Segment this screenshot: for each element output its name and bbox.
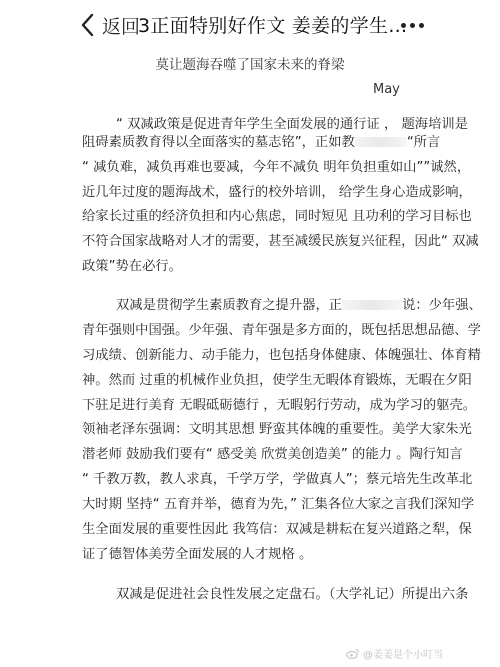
weibo-icon <box>346 648 360 659</box>
redacted-region <box>355 137 407 147</box>
document-title: 莫让题海吞噬了国家未来的脊梁 <box>0 53 500 73</box>
text-line: 下驻足进行美育 无暇砥砺德行 ，无暇躬行劳动，成为学习的躯壳。 <box>82 397 418 415</box>
text-line: 领袖老泽东强调：文明其思想 野蛮其体魄的重要性。美学大家朱光 <box>82 421 418 439</box>
text-line: 青年强则中国强。少年强、青年强是多方面的，既包括思想品德、学 <box>82 322 418 340</box>
more-horizontal-icon <box>401 23 406 28</box>
text-line: 给家长过重的经济负担和内心焦虑，同时短见 且功利的学习目标也 <box>82 208 418 226</box>
text-line: 近几年过度的题海战术，盛行的校外培训， 给学生身心造成影响， <box>82 184 418 202</box>
navbar: 返回 3正面特别好作文 姜姜的学生... <box>0 0 500 50</box>
text-line: 证了德智体美劳全面发展的人才规格 。 <box>82 546 418 564</box>
back-button[interactable]: 返回 <box>80 10 140 40</box>
text-line: 阻碍素质教育得以全面落实的墓志铭”，正如教“所言 <box>82 134 418 152</box>
text-fragment: 双减是贯彻学生素质教育之提升器，正 <box>116 298 342 313</box>
text-line: “ 千教万教，教人求真，千学万学，学做真人”；蔡元培先生改革北 <box>82 471 418 489</box>
text-line: 潜老师 鼓励我们要有“ 感受美 欣赏美创造美” 的能力 。陶行知言 <box>82 446 418 464</box>
more-button[interactable] <box>390 16 434 34</box>
text-line: 不符合国家战略对人才的需要，甚至减缓民族复兴征程，因此“ 双减 <box>82 233 418 251</box>
text-fragment: “所言 <box>407 135 440 150</box>
text-line: 神。然而 过重的机械作业负担，使学生无暇体育锻炼，无暇在夕阳 <box>82 372 418 390</box>
text-fragment: 阻碍素质教育得以全面落实的墓志铭”，正如教 <box>82 135 355 150</box>
text-line: 生全面发展的重要性因此 我笃信：双减是耕耘在复兴道路之犁，保 <box>82 521 418 539</box>
watermark-text: @姜姜是个小叮当 <box>363 646 443 661</box>
text-line: 大时期 坚持“ 五育并举，德育为先，” 汇集各位大家之言我们深知学 <box>82 496 418 514</box>
back-label: 返回 <box>102 12 140 39</box>
watermark: @姜姜是个小叮当 <box>346 646 443 661</box>
text-line: 习成绩、创新能力、动手能力，也包括身体健康、体魄强壮、体育精 <box>82 347 418 365</box>
more-dot <box>419 23 424 28</box>
text-fragment: 说：少年强、 <box>402 298 482 313</box>
redacted-region <box>342 300 402 310</box>
page-title: 3正面特别好作文 姜姜的学生... <box>138 11 407 38</box>
text-line: 双减是贯彻学生素质教育之提升器，正说：少年强、 <box>116 297 452 315</box>
text-line: 双减是促进社会良性发展之定盘石。（大学礼记）所提出六条 <box>116 586 452 604</box>
chevron-left-icon <box>80 13 96 37</box>
text-line: “ 减负难，减负再难也要减，今年不减负 明年负担重如山””诚然， <box>82 159 418 177</box>
document-author: May <box>373 82 400 97</box>
text-line: “ 双减政策是促进青年学生全面发展的通行证 ， 题海培训是 <box>116 116 452 134</box>
more-dot <box>410 23 415 28</box>
text-line: 政策”势在必行。 <box>82 258 418 276</box>
